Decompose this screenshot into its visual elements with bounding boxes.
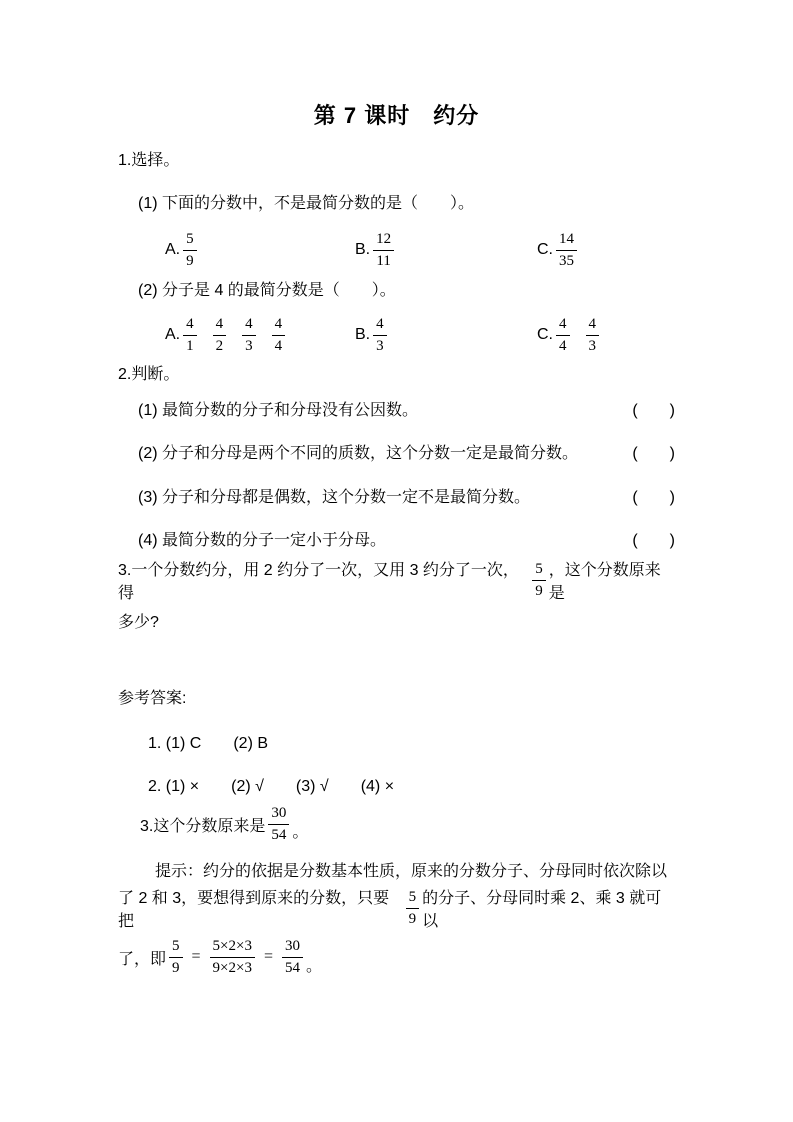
judgement-item-2: (2) 分子和分母是两个不同的质数，这个分数一定是最简分数。 ( ) — [118, 443, 675, 465]
fraction: 30 54 — [282, 936, 303, 978]
fraction: 4 3 — [373, 314, 387, 356]
fraction-numerator: 4 — [272, 314, 286, 335]
fraction-numerator: 5 — [183, 229, 197, 250]
option-c: C. 4 4 4 3 — [537, 310, 602, 360]
fraction-numerator: 4 — [242, 314, 256, 335]
question-3-text-after: ，这个分数原来是 — [549, 557, 675, 603]
fraction: 5 9 — [169, 936, 183, 978]
fraction-denominator: 54 — [268, 825, 289, 845]
fraction-group: 4 4 4 3 — [553, 314, 602, 356]
option-c-label: C. — [537, 326, 553, 344]
judgement-item-1-text: (1) 最简分数的分子和分母没有公因数。 — [138, 400, 418, 422]
fraction-group: 4 1 4 2 4 3 4 4 — [180, 314, 288, 356]
answer-1: 1. (1) C (2) B — [118, 733, 675, 755]
option-a-label: A. — [165, 326, 180, 344]
answer-3: 3.这个分数原来是 30 54 。 — [118, 800, 675, 848]
fraction: 4 1 — [183, 314, 197, 356]
fraction-denominator: 35 — [556, 251, 577, 271]
fraction-denominator: 4 — [556, 336, 570, 356]
fraction-denominator: 3 — [242, 336, 256, 356]
option-b-label: B. — [355, 241, 370, 259]
fraction: 12 11 — [373, 229, 394, 271]
fraction: 5 9 — [532, 559, 546, 601]
fraction-numerator: 4 — [183, 314, 197, 335]
question-1-2-text: (2) 分子是 4 的最简分数是（ ）。 — [118, 280, 675, 302]
question-3-text-before: 3.一个分数约分，用 2 约分了一次，又用 3 约分了一次，得 — [118, 557, 529, 603]
fraction: 4 4 — [272, 314, 286, 356]
judgement-item-4-text: (4) 最简分数的分子一定小于分母。 — [138, 530, 386, 552]
fraction-numerator: 4 — [213, 314, 227, 335]
option-a: A. 5 9 — [165, 225, 200, 275]
judgement-item-1: (1) 最简分数的分子和分母没有公因数。 ( ) — [118, 400, 675, 422]
formula-period: 。 — [306, 952, 322, 982]
question-1-heading: 1.选择。 — [118, 150, 675, 172]
fraction: 5 9 — [183, 229, 197, 271]
hint-line2-after: 的分子、分母同时乘 2、乘 3 就可以 — [422, 885, 675, 931]
question-3-text: 3.一个分数约分，用 2 约分了一次，又用 3 约分了一次，得 5 9 ，这个分… — [118, 556, 675, 604]
page-content: 第 7 课时 约分 1.选择。 (1) 下面的分数中，不是最简分数的是（ ）。 … — [0, 0, 793, 982]
question-1-1-text: (1) 下面的分数中，不是最简分数的是（ ）。 — [118, 193, 675, 215]
equals-sign: = — [192, 948, 201, 966]
fraction-numerator: 4 — [586, 314, 600, 335]
judgement-item-2-text: (2) 分子和分母是两个不同的质数，这个分数一定是最简分数。 — [138, 443, 578, 465]
fraction: 5 9 — [406, 887, 420, 929]
fraction-numerator: 5×2×3 — [210, 936, 255, 957]
question-1-2-options: A. 4 1 4 2 4 3 4 4 — [118, 310, 675, 360]
fraction: 5×2×3 9×2×3 — [210, 936, 255, 978]
judgement-item-4: (4) 最简分数的分子一定小于分母。 ( ) — [118, 530, 675, 552]
question-1-1-options: A. 5 9 B. 12 11 C. 14 35 — [118, 225, 675, 275]
judgement-item-3-blank: ( ) — [632, 487, 675, 509]
fraction-denominator: 3 — [586, 336, 600, 356]
fraction-denominator: 2 — [213, 336, 227, 356]
option-b-label: B. — [355, 326, 370, 344]
fraction-numerator: 5 — [169, 936, 183, 957]
judgement-item-1-blank: ( ) — [632, 400, 675, 422]
fraction: 4 3 — [242, 314, 256, 356]
answer-3-text-after: 。 — [292, 818, 308, 848]
fraction: 4 3 — [586, 314, 600, 356]
fraction: 4 4 — [556, 314, 570, 356]
answer-3-text-before: 3.这个分数原来是 — [140, 813, 265, 836]
answer-3-hint-formula: 了，即 5 9 = 5×2×3 9×2×3 = 30 54 。 — [118, 932, 675, 982]
fraction-denominator: 54 — [282, 958, 303, 978]
fraction: 4 2 — [213, 314, 227, 356]
fraction-numerator: 12 — [373, 229, 394, 250]
fraction: 30 54 — [268, 803, 289, 845]
fraction-numerator: 4 — [373, 314, 387, 335]
option-b: B. 12 11 — [355, 225, 397, 275]
option-a-label: A. — [165, 241, 180, 259]
answers-heading: 参考答案: — [118, 688, 675, 710]
option-a: A. 4 1 4 2 4 3 4 4 — [165, 310, 288, 360]
worksheet-page: 第 7 课时 约分 1.选择。 (1) 下面的分数中，不是最简分数的是（ ）。 … — [0, 0, 793, 1122]
fraction-denominator: 9×2×3 — [210, 958, 255, 978]
judgement-item-2-blank: ( ) — [632, 443, 675, 465]
fraction-numerator: 30 — [282, 936, 303, 957]
fraction: 14 35 — [556, 229, 577, 271]
fraction-denominator: 11 — [373, 251, 394, 271]
hint-line3-before: 了，即 — [118, 946, 166, 969]
answer-3-hint-line1: 提示：约分的依据是分数基本性质，原来的分数分子、分母同时依次除以 — [118, 861, 675, 883]
fraction-numerator: 5 — [532, 559, 546, 580]
fraction-denominator: 3 — [373, 336, 387, 356]
fraction-denominator: 9 — [406, 909, 420, 929]
fraction-denominator: 9 — [532, 581, 546, 601]
option-c-label: C. — [537, 241, 553, 259]
equals-sign: = — [264, 948, 273, 966]
question-3-text-line2: 多少? — [118, 612, 675, 634]
question-2-heading: 2.判断。 — [118, 364, 675, 386]
judgement-item-3: (3) 分子和分母都是偶数，这个分数一定不是最简分数。 ( ) — [118, 487, 675, 509]
fraction-denominator: 4 — [272, 336, 286, 356]
fraction-numerator: 30 — [268, 803, 289, 824]
fraction-numerator: 14 — [556, 229, 577, 250]
hint-line2-before: 了 2 和 3，要想得到原来的分数，只要把 — [118, 885, 403, 931]
fraction-numerator: 4 — [556, 314, 570, 335]
option-b: B. 4 3 — [355, 310, 390, 360]
option-c: C. 14 35 — [537, 225, 580, 275]
answer-3-hint-line2: 了 2 和 3，要想得到原来的分数，只要把 5 9 的分子、分母同时乘 2、乘 … — [118, 884, 675, 932]
judgement-item-4-blank: ( ) — [632, 530, 675, 552]
fraction-numerator: 5 — [406, 887, 420, 908]
page-title: 第 7 课时 约分 — [118, 0, 675, 131]
fraction-denominator: 9 — [183, 251, 197, 271]
answer-2: 2. (1) × (2) √ (3) √ (4) × — [118, 776, 675, 798]
fraction-denominator: 9 — [169, 958, 183, 978]
judgement-item-3-text: (3) 分子和分母都是偶数，这个分数一定不是最简分数。 — [138, 487, 530, 509]
fraction-denominator: 1 — [183, 336, 197, 356]
